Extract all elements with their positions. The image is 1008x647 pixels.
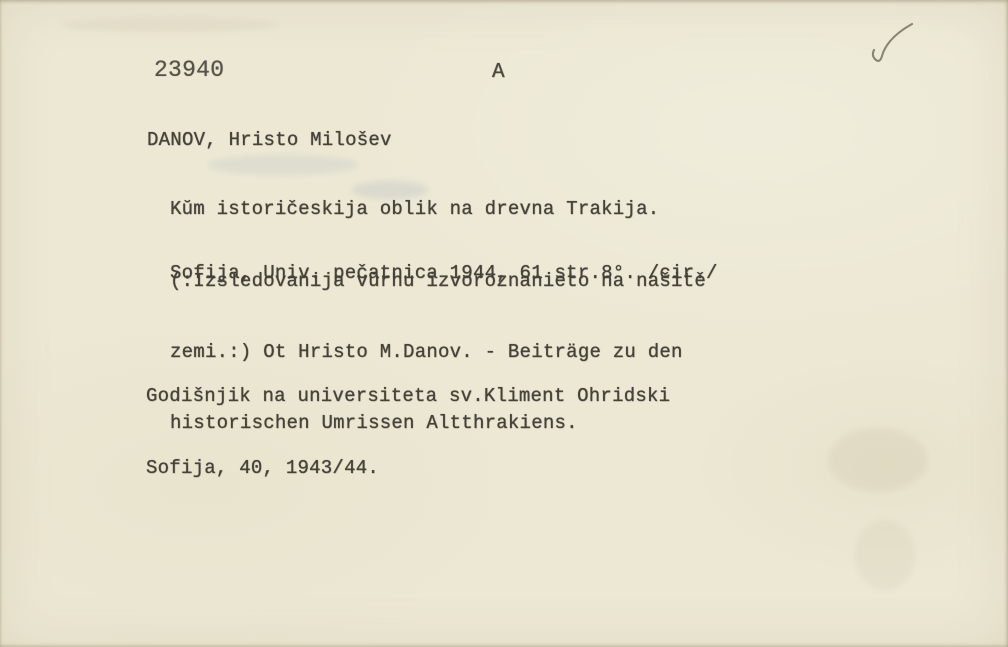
catalog-card: 23940 A DANOV, Hristo Milošev Kŭm istori… [0, 0, 1008, 647]
series-line: Sofija, 40, 1943/44. [146, 456, 670, 480]
checkmark-icon [860, 18, 932, 76]
imprint-line: Sofija, Univ. pečatnica 1944, 61 str.8°.… [170, 262, 718, 284]
series-line: Godišnjik na universiteta sv.Kliment Ohr… [146, 384, 670, 408]
series-note: Godišnjik na universiteta sv.Kliment Ohr… [146, 336, 670, 528]
paper-shading [60, 18, 280, 32]
title-line: Kŭm istoričeskija oblik na drevna Trakij… [170, 198, 706, 222]
stamp-ghost [828, 428, 928, 492]
call-number: 23940 [154, 57, 224, 83]
author-heading: DANOV, Hristo Milošev [147, 129, 392, 151]
stamp-ghost [855, 520, 915, 590]
section-letter: A [492, 61, 505, 84]
